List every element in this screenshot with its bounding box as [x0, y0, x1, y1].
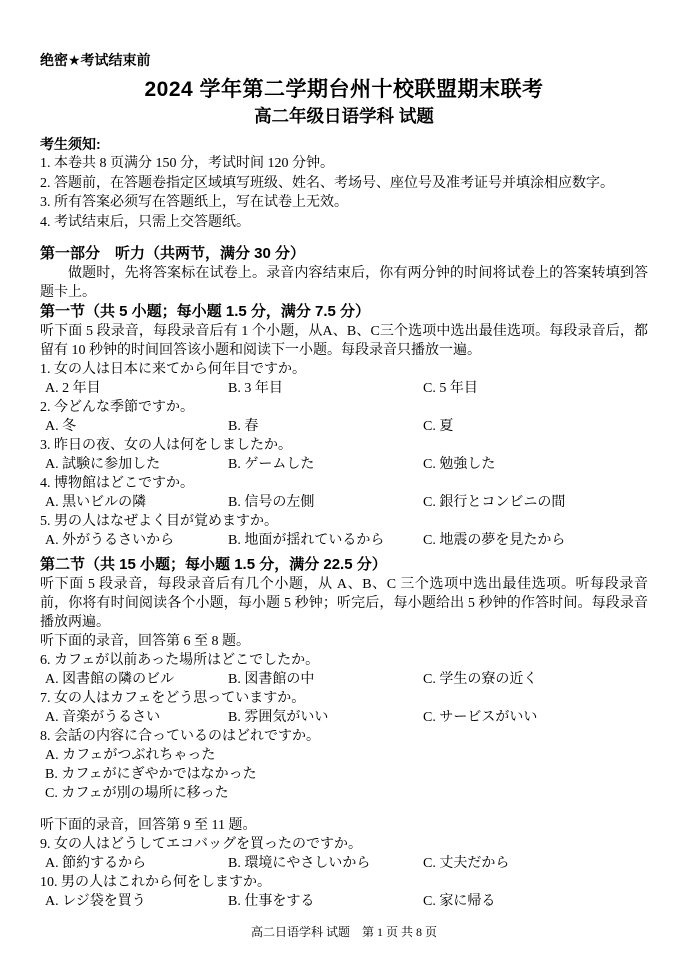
question-7-options: A. 音楽がうるさい B. 雰囲気がいい C. サービスがいい	[40, 708, 648, 727]
question-6-options: A. 図書館の隣のビル B. 図書館の中 C. 学生の寮の近く	[40, 670, 648, 689]
exam-paper-page: 绝密★考试结束前 2024 学年第二学期台州十校联盟期末联考 高二年级日语学科 …	[0, 0, 688, 972]
notice-item-4: 4. 考试结束后，只需上交答题纸。	[40, 213, 648, 233]
question-8-option-a: A. カフェがつぶれちゃった	[40, 746, 648, 765]
option-a: A. 黒いビルの隣	[45, 493, 228, 512]
question-2-text: 2. 今どんな季節ですか。	[40, 398, 648, 417]
option-a: A. 節約するから	[45, 854, 228, 873]
option-a: A. 外がうるさいから	[45, 531, 228, 550]
notice-item-1: 1. 本卷共 8 页满分 150 分，考试时间 120 分钟。	[40, 154, 648, 174]
section2-heading: 第二节（共 15 小题；每小题 1.5 分，满分 22.5 分）	[40, 555, 648, 575]
question-3-text: 3. 昨日の夜、女の人は何をしましたか。	[40, 436, 648, 455]
candidate-notice: 考生须知: 1. 本卷共 8 页满分 150 分，考试时间 120 分钟。 2.…	[40, 135, 648, 232]
question-1: 1. 女の人は日本に来てから何年目ですか。 A. 2 年目 B. 3 年目 C.…	[40, 360, 648, 398]
option-b: B. 環境にやさしいから	[228, 854, 423, 873]
option-c: C. 銀行とコンビニの間	[423, 493, 648, 512]
notice-heading: 考生须知:	[40, 135, 648, 154]
part1-intro: 做题时，先将答案标在试卷上。录音内容结束后，你有两分钟的时间将试卷上的答案转填到…	[40, 264, 648, 302]
question-4: 4. 博物館はどこですか。 A. 黒いビルの隣 B. 信号の左側 C. 銀行とコ…	[40, 474, 648, 512]
option-b: B. 春	[228, 417, 423, 436]
option-a: A. 2 年目	[45, 379, 228, 398]
question-5-options: A. 外がうるさいから B. 地面が揺れているから C. 地震の夢を見たから	[40, 531, 648, 550]
part1-heading: 第一部分 听力（共两节，满分 30 分）	[40, 244, 648, 264]
passage1-prompt: 听下面的录音，回答第 6 至 8 题。	[40, 632, 648, 651]
option-c: C. 夏	[423, 417, 648, 436]
question-10-text: 10. 男の人はこれから何をしますか。	[40, 873, 648, 892]
question-6-text: 6. カフェが以前あった場所はどこでしたか。	[40, 651, 648, 670]
question-1-text: 1. 女の人は日本に来てから何年目ですか。	[40, 360, 648, 379]
security-classification: 绝密★考试结束前	[40, 52, 648, 69]
exam-subtitle: 高二年级日语学科 试题	[40, 105, 648, 128]
notice-item-2: 2. 答题前，在答题卷指定区域填写班级、姓名、考场号、座位号及准考证号并填涂相应…	[40, 174, 648, 194]
section1-instructions: 听下面 5 段录音，每段录音后有 1 个小题，从A、B、C三个选项中选出最佳选项…	[40, 322, 648, 360]
question-4-text: 4. 博物館はどこですか。	[40, 474, 648, 493]
option-a: A. 冬	[45, 417, 228, 436]
question-1-options: A. 2 年目 B. 3 年目 C. 5 年目	[40, 379, 648, 398]
question-7-text: 7. 女の人はカフェをどう思っていますか。	[40, 689, 648, 708]
option-c: C. サービスがいい	[423, 708, 648, 727]
question-8-text: 8. 会話の内容に合っているのはどれですか。	[40, 727, 648, 746]
option-b: B. 仕事をする	[228, 892, 423, 911]
exam-title: 2024 学年第二学期台州十校联盟期末联考	[40, 77, 648, 103]
question-9-text: 9. 女の人はどうしてエコバッグを買ったのですか。	[40, 835, 648, 854]
question-7: 7. 女の人はカフェをどう思っていますか。 A. 音楽がうるさい B. 雰囲気が…	[40, 689, 648, 727]
option-c: C. 5 年目	[423, 379, 648, 398]
option-b: B. 地面が揺れているから	[228, 531, 423, 550]
passage2-prompt: 听下面的录音，回答第 9 至 11 题。	[40, 816, 648, 835]
question-8-option-c: C. カフェが別の場所に移った	[40, 784, 648, 803]
question-5-text: 5. 男の人はなぜよく目が覚めますか。	[40, 512, 648, 531]
option-a: A. 音楽がうるさい	[45, 708, 228, 727]
question-3-options: A. 試験に参加した B. ゲームした C. 勉強した	[40, 455, 648, 474]
question-10-options: A. レジ袋を買う B. 仕事をする C. 家に帰る	[40, 892, 648, 911]
option-b: B. 3 年目	[228, 379, 423, 398]
question-9: 9. 女の人はどうしてエコバッグを買ったのですか。 A. 節約するから B. 環…	[40, 835, 648, 873]
option-c: C. 地震の夢を見たから	[423, 531, 648, 550]
notice-item-3: 3. 所有答案必须写在答题纸上，写在试卷上无效。	[40, 193, 648, 213]
question-8: 8. 会話の内容に合っているのはどれですか。 A. カフェがつぶれちゃった B.…	[40, 727, 648, 803]
question-9-options: A. 節約するから B. 環境にやさしいから C. 丈夫だから	[40, 854, 648, 873]
option-b: B. 信号の左側	[228, 493, 423, 512]
option-b: B. ゲームした	[228, 455, 423, 474]
option-a: A. レジ袋を買う	[45, 892, 228, 911]
page-footer: 高二日语学科 试题 第 1 页 共 8 页	[0, 925, 688, 939]
question-8-option-b: B. カフェがにぎやかではなかった	[40, 765, 648, 784]
section-spacer	[40, 803, 648, 816]
section2-instructions: 听下面 5 段录音，每段录音后有几个小题，从 A、B、C 三个选项中选出最佳选项…	[40, 575, 648, 632]
section1-heading: 第一节（共 5 小题；每小题 1.5 分，满分 7.5 分）	[40, 302, 648, 322]
option-a: A. 図書館の隣のビル	[45, 670, 228, 689]
option-c: C. 家に帰る	[423, 892, 648, 911]
option-c: C. 丈夫だから	[423, 854, 648, 873]
question-4-options: A. 黒いビルの隣 B. 信号の左側 C. 銀行とコンビニの間	[40, 493, 648, 512]
question-2-options: A. 冬 B. 春 C. 夏	[40, 417, 648, 436]
option-a: A. 試験に参加した	[45, 455, 228, 474]
question-5: 5. 男の人はなぜよく目が覚めますか。 A. 外がうるさいから B. 地面が揺れ…	[40, 512, 648, 550]
option-b: B. 雰囲気がいい	[228, 708, 423, 727]
question-3: 3. 昨日の夜、女の人は何をしましたか。 A. 試験に参加した B. ゲームした…	[40, 436, 648, 474]
option-c: C. 勉強した	[423, 455, 648, 474]
question-2: 2. 今どんな季節ですか。 A. 冬 B. 春 C. 夏	[40, 398, 648, 436]
question-6: 6. カフェが以前あった場所はどこでしたか。 A. 図書館の隣のビル B. 図書…	[40, 651, 648, 689]
option-c: C. 学生の寮の近く	[423, 670, 648, 689]
question-10: 10. 男の人はこれから何をしますか。 A. レジ袋を買う B. 仕事をする C…	[40, 873, 648, 911]
option-b: B. 図書館の中	[228, 670, 423, 689]
